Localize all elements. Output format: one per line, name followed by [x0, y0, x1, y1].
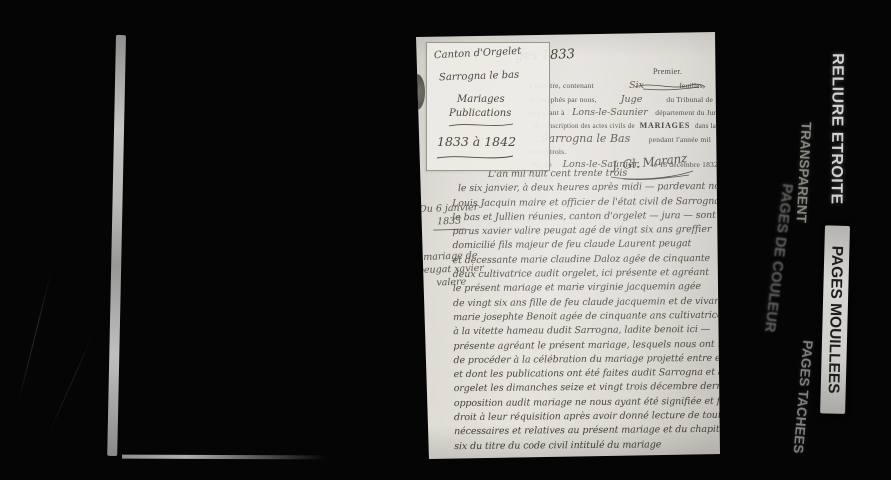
archive-scan-viewport: ges 1833 Canton d'Orgelet Sarrogna le ba… [0, 0, 891, 480]
film-scratch [48, 335, 94, 436]
printed-text: dans la [695, 123, 716, 130]
book-page-edge-vertical [107, 35, 126, 456]
condition-label-reliure-etroite: RELIURE ETROITE [824, 40, 849, 218]
slip-canton: Canton d'Orgelet [434, 47, 522, 62]
underline-flourish [447, 121, 515, 129]
book-page-edge-bottom [122, 455, 337, 460]
condition-label-pages-tachees: PAGES TACHEES [786, 320, 820, 473]
premier-label: Premier. [653, 68, 682, 76]
form-line: n paraphés par nous, Juge du Tribunal de [531, 95, 713, 105]
handwritten-entry: Juge [621, 95, 643, 105]
printed-text: pendant l'année mil [649, 136, 711, 144]
condition-label-pages-mouillees: PAGES MOUILLEES [820, 225, 850, 414]
act-line: six du titre du code civil intitulé du m… [454, 437, 720, 454]
register-page: ges 1833 Canton d'Orgelet Sarrogna le ba… [413, 32, 720, 459]
condition-label-pages-de-couleur: PAGES DE COULEUR [754, 159, 802, 356]
printed-mariages-heading: MARIAGES [640, 122, 690, 130]
slip-acte-type: Mariages [457, 95, 505, 105]
catalog-slip: Canton d'Orgelet Sarrogna le bas Mariage… [426, 42, 550, 171]
underline-flourish [435, 152, 515, 162]
form-line: de l'inscription des actes civils de MAR… [534, 122, 716, 130]
form-line: e registre, contenant Six feuilles, [529, 81, 705, 91]
handwritten-entry: Six [629, 81, 644, 91]
printed-text: département du Jura, [655, 109, 722, 117]
printed-text: feuilles, [679, 82, 705, 90]
film-scratch [17, 270, 52, 406]
act-text-block: L'an mil huit cent trente trois le six j… [452, 166, 720, 454]
handwritten-entry: Lons-le-Saunier [572, 108, 648, 118]
form-line: ance séant à Lons-le-Saunier département… [526, 108, 722, 118]
ink-stamp [409, 74, 425, 110]
slip-commune: Sarrogna le bas [439, 71, 519, 84]
form-line: Sarrogna le Bas pendant l'année mil [541, 133, 711, 144]
printed-text: du Tribunal de [666, 96, 713, 104]
act-line: nécessaires et relatives au présent mari… [454, 423, 720, 440]
slip-acte-subtype: Publications [449, 109, 511, 119]
slip-year-range: 1833 à 1842 [437, 136, 516, 149]
handwritten-entry: Sarrogna le Bas [541, 133, 630, 144]
